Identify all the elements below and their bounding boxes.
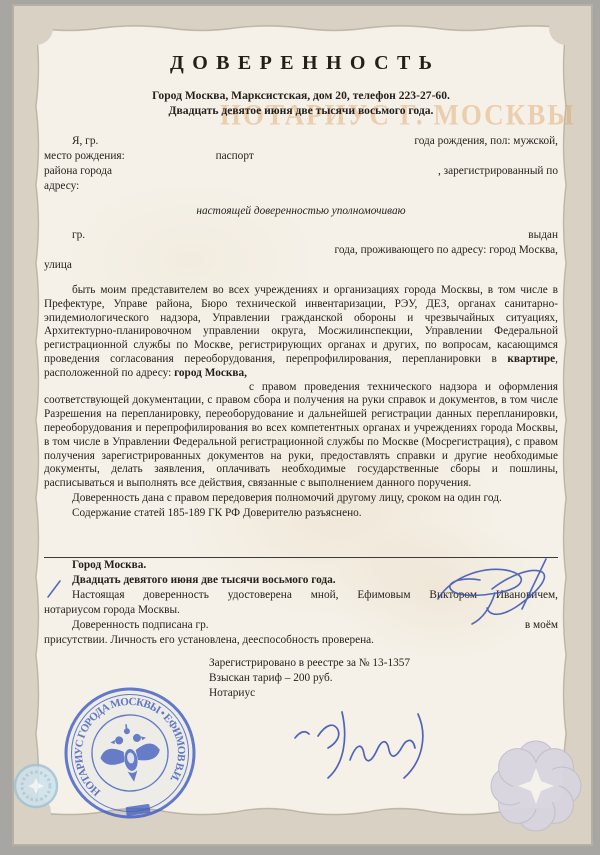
document-date-line: Двадцать девятое июня две тысячи восьмог… [44, 103, 558, 118]
document-page: НОТАРИУС Г. МОСКВЫ ДОВЕРЕННОСТЬ Город Мо… [0, 0, 600, 855]
powers-text-a: быть моим представителем во всех учрежде… [44, 284, 558, 365]
powers-paragraph-1: быть моим представителем во всех учрежде… [44, 284, 558, 381]
principal-address-label: адресу: [44, 180, 79, 192]
powers-bold-apartment: квартире [507, 353, 555, 365]
attorney-line-1: гр. выдан [44, 228, 558, 243]
powers-bold-city: город Москва, [174, 367, 247, 379]
attorney-section: гр. выдан года, проживающего по адресу: … [44, 228, 558, 273]
rosette-icon [486, 736, 586, 836]
principal-section: Я, гр. года рождения, пол: мужской, мест… [44, 134, 558, 194]
principal-birth: года рождения, пол: мужской, [414, 134, 558, 149]
principal-line-1: Я, гр. года рождения, пол: мужской, [44, 134, 558, 149]
articles-line: Содержание статей 185-189 ГК РФ Доверите… [44, 506, 558, 521]
principal-line-3: района города , зарегистрированный по [44, 164, 558, 179]
attorney-residing: года, проживающего по адресу: город Моск… [335, 244, 559, 256]
principal-signature [40, 545, 570, 633]
notary-address-line: Город Москва, Марксистская, дом 20, теле… [44, 88, 558, 103]
attorney-street: улица [44, 259, 72, 271]
principal-district: района города [44, 164, 112, 179]
tariff-line: Взыскан тариф – 200 руб. [209, 671, 558, 686]
notary-signed-line-2: присутствии. Личность его установлена, д… [44, 633, 558, 648]
term-line: Доверенность дана с правом передоверия п… [44, 491, 558, 506]
notary-signature [250, 698, 465, 816]
embossed-seal-icon [12, 762, 60, 810]
principal-passport: паспорт [216, 150, 254, 162]
powers-paragraph-2: с правом проведения технического надзора… [44, 381, 558, 491]
attorney-line-2: года, проживающего по адресу: город Моск… [44, 243, 558, 258]
notary-round-stamp: НОТАРИУС ГОРОДА МОСКВЫ • ЕФИМОВ В.И. [45, 668, 214, 837]
principal-registered: , зарегистрированный по [438, 164, 558, 179]
attorney-line-3: улица [44, 258, 558, 273]
attorney-issued: выдан [528, 228, 558, 243]
principal-birthplace: место рождения: [44, 150, 125, 162]
principal-i-gr: Я, гр. [44, 134, 98, 149]
attorney-gr: гр. [44, 228, 85, 243]
registry-block: Зарегистрировано в реестре за № 13-1357 … [209, 656, 558, 701]
authorize-line: настоящей доверенностью уполномочиваю [44, 205, 558, 217]
document-title: ДОВЕРЕННОСТЬ [44, 52, 558, 75]
principal-line-2: место рождения: паспорт [44, 149, 558, 164]
registry-number-line: Зарегистрировано в реестре за № 13-1357 [209, 656, 558, 671]
principal-line-4: адресу: [44, 179, 558, 194]
